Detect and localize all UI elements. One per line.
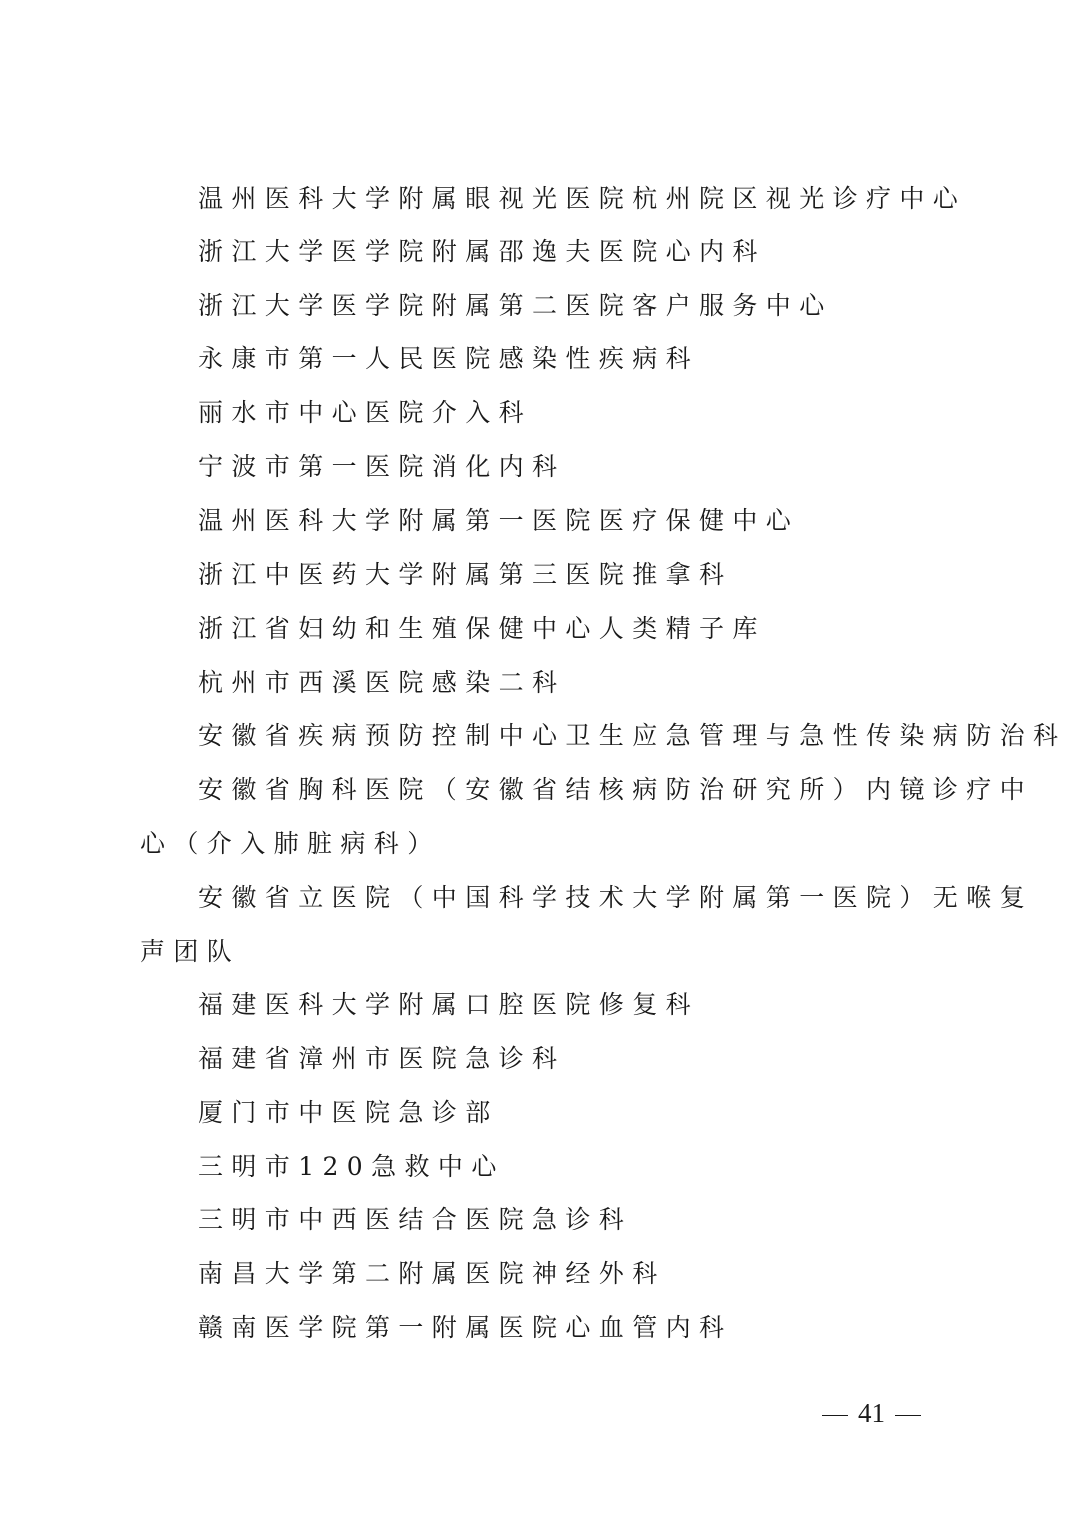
list-item: 浙江大学医学院附属第二医院客户服务中心 — [198, 291, 833, 321]
page-number-text: 41 — [858, 1398, 885, 1428]
list-item: 三明市中西医结合医院急诊科 — [198, 1205, 632, 1235]
list-item: 浙江省妇幼和生殖保健中心人类精子库 — [198, 614, 766, 644]
list-item: 丽水市中心医院介入科 — [198, 398, 532, 428]
list-item: 宁波市第一医院消化内科 — [198, 452, 565, 482]
list-item: 杭州市西溪医院感染二科 — [198, 668, 565, 698]
list-item: 永康市第一人民医院感染性疾病科 — [198, 344, 699, 374]
list-item-continuation: 心（介入肺脏病科） — [140, 829, 441, 859]
list-item: 三明市120急救中心 — [198, 1152, 505, 1182]
list-item: 厦门市中医院急诊部 — [198, 1098, 499, 1128]
list-item: 南昌大学第二附属医院神经外科 — [198, 1259, 666, 1289]
list-item: 福建省漳州市医院急诊科 — [198, 1044, 565, 1074]
dash-right — [895, 1415, 921, 1416]
list-item: 浙江中医药大学附属第三医院推拿科 — [198, 560, 732, 590]
list-item: 温州医科大学附属第一医院医疗保健中心 — [198, 506, 799, 536]
list-item: 赣南医学院第一附属医院心血管内科 — [198, 1313, 732, 1343]
list-item: 安徽省胸科医院（安徽省结核病防治研究所）内镜诊疗中 — [198, 775, 1033, 805]
list-item: 浙江大学医学院附属邵逸夫医院心内科 — [198, 237, 766, 267]
list-item: 福建医科大学附属口腔医院修复科 — [198, 990, 699, 1020]
dash-left — [822, 1415, 848, 1416]
document-page: 温州医科大学附属眼视光医院杭州院区视光诊疗中心浙江大学医学院附属邵逸夫医院心内科… — [0, 0, 1080, 1527]
list-item: 安徽省立医院（中国科学技术大学附属第一医院）无喉复 — [198, 883, 1033, 913]
list-item-continuation: 声团队 — [140, 937, 240, 967]
list-item: 温州医科大学附属眼视光医院杭州院区视光诊疗中心 — [198, 184, 966, 214]
page-number: 41 — [812, 1398, 931, 1429]
list-item: 安徽省疾病预防控制中心卫生应急管理与急性传染病防治科 — [198, 721, 1066, 751]
